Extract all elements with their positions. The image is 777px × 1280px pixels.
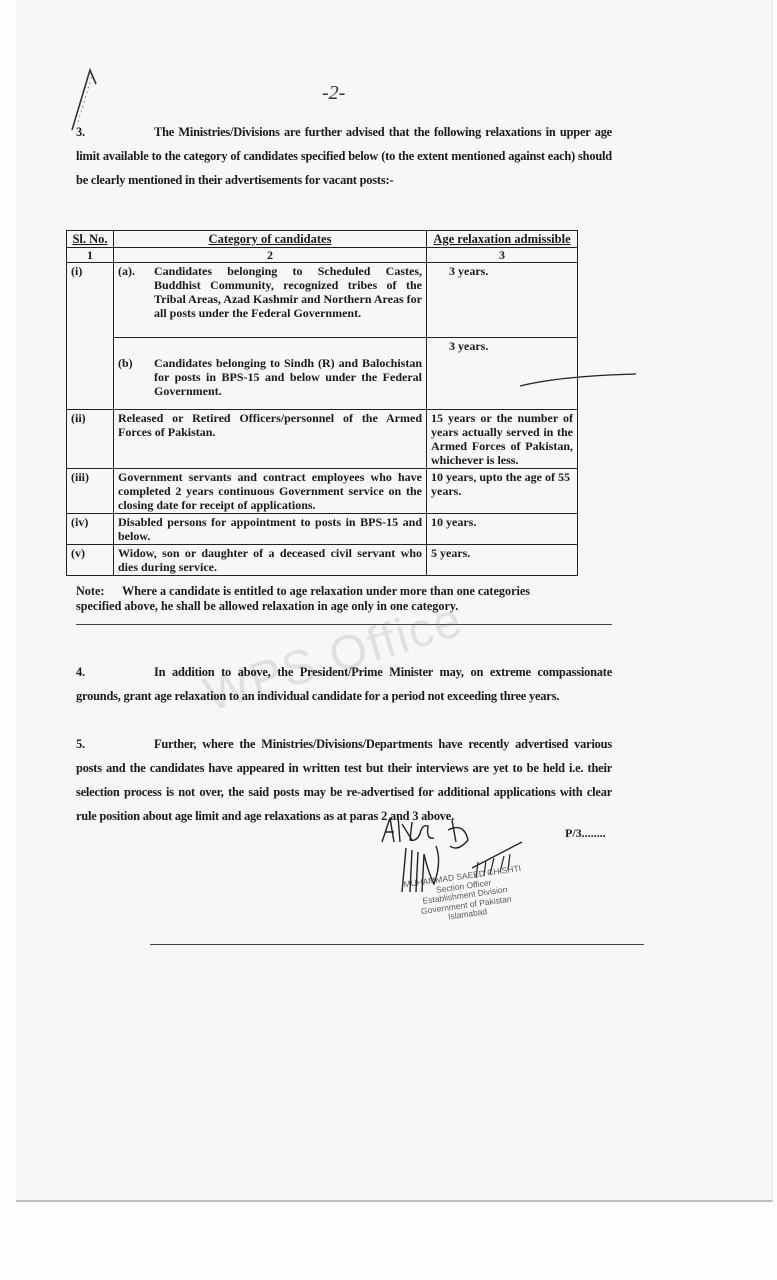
table-row: (b) Candidates belonging to Sindh (R) an… bbox=[67, 338, 578, 410]
age-relaxation-table: Sl. No. Category of candidates Age relax… bbox=[66, 230, 578, 576]
paragraph-text: Further, where the Ministries/Divisions/… bbox=[76, 737, 612, 823]
column-number: 1 bbox=[67, 248, 114, 263]
next-page-marker: P/3........ bbox=[565, 826, 606, 841]
header-sl-no: Sl. No. bbox=[67, 231, 114, 248]
paragraph-3: 3.The Ministries/Divisions are further a… bbox=[76, 120, 612, 192]
column-number-row: 1 2 3 bbox=[67, 248, 578, 263]
relaxation-text: 3 years. bbox=[431, 339, 488, 353]
note-label: Note: bbox=[76, 584, 122, 599]
table-row: (ii) Released or Retired Officers/person… bbox=[67, 410, 578, 469]
category-text: Candidates belonging to Sindh (R) and Ba… bbox=[154, 356, 422, 398]
header-relaxation: Age relaxation admissible bbox=[427, 231, 578, 248]
paragraph-number: 5. bbox=[76, 732, 154, 756]
column-number: 3 bbox=[427, 248, 578, 263]
table-row: (iv) Disabled persons for appointment to… bbox=[67, 514, 578, 545]
paragraph-text: In addition to above, the President/Prim… bbox=[76, 665, 612, 703]
category-text: Candidates belonging to Scheduled Castes… bbox=[154, 264, 422, 320]
table-row: (i) (a). Candidates belonging to Schedul… bbox=[67, 263, 578, 338]
relaxation-cell: 3 years. bbox=[427, 263, 578, 338]
paragraph-number: 4. bbox=[76, 660, 154, 684]
table-row: (v) Widow, son or daughter of a deceased… bbox=[67, 545, 578, 576]
category-cell: Disabled persons for appointment to post… bbox=[114, 514, 427, 545]
sub-label: (a). bbox=[118, 264, 140, 320]
table-note: Note:Where a candidate is entitled to ag… bbox=[76, 584, 576, 614]
table-header-row: Sl. No. Category of candidates Age relax… bbox=[67, 231, 578, 248]
relaxation-cell: 5 years. bbox=[427, 545, 578, 576]
relaxation-cell: 10 years, upto the age of 55 years. bbox=[427, 469, 578, 514]
page-number: -2- bbox=[322, 82, 345, 105]
paragraph-4: 4.In addition to above, the President/Pr… bbox=[76, 660, 612, 708]
sl-cell: (i) bbox=[67, 263, 114, 410]
relaxation-cell: 10 years. bbox=[427, 514, 578, 545]
category-cell: (a). Candidates belonging to Scheduled C… bbox=[114, 263, 427, 338]
pen-stroke-icon bbox=[520, 368, 640, 388]
sl-cell: (iii) bbox=[67, 469, 114, 514]
category-cell: Government servants and contract employe… bbox=[114, 469, 427, 514]
divider bbox=[150, 944, 644, 945]
paragraph-number: 3. bbox=[76, 120, 154, 144]
table-row: (iii) Government servants and contract e… bbox=[67, 469, 578, 514]
column-number: 2 bbox=[114, 248, 427, 263]
sl-cell: (iv) bbox=[67, 514, 114, 545]
sl-cell: (ii) bbox=[67, 410, 114, 469]
category-cell: Widow, son or daughter of a deceased civ… bbox=[114, 545, 427, 576]
category-cell: Released or Retired Officers/personnel o… bbox=[114, 410, 427, 469]
header-category: Category of candidates bbox=[114, 231, 427, 248]
relaxation-text: 3 years. bbox=[431, 264, 488, 278]
sub-label: (b) bbox=[118, 356, 140, 398]
paragraph-text: The Ministries/Divisions are further adv… bbox=[76, 125, 612, 187]
sl-cell: (v) bbox=[67, 545, 114, 576]
note-text: Where a candidate is entitled to age rel… bbox=[76, 584, 530, 613]
relaxation-cell: 15 years or the number of years actually… bbox=[427, 410, 578, 469]
category-cell: (b) Candidates belonging to Sindh (R) an… bbox=[114, 338, 427, 410]
